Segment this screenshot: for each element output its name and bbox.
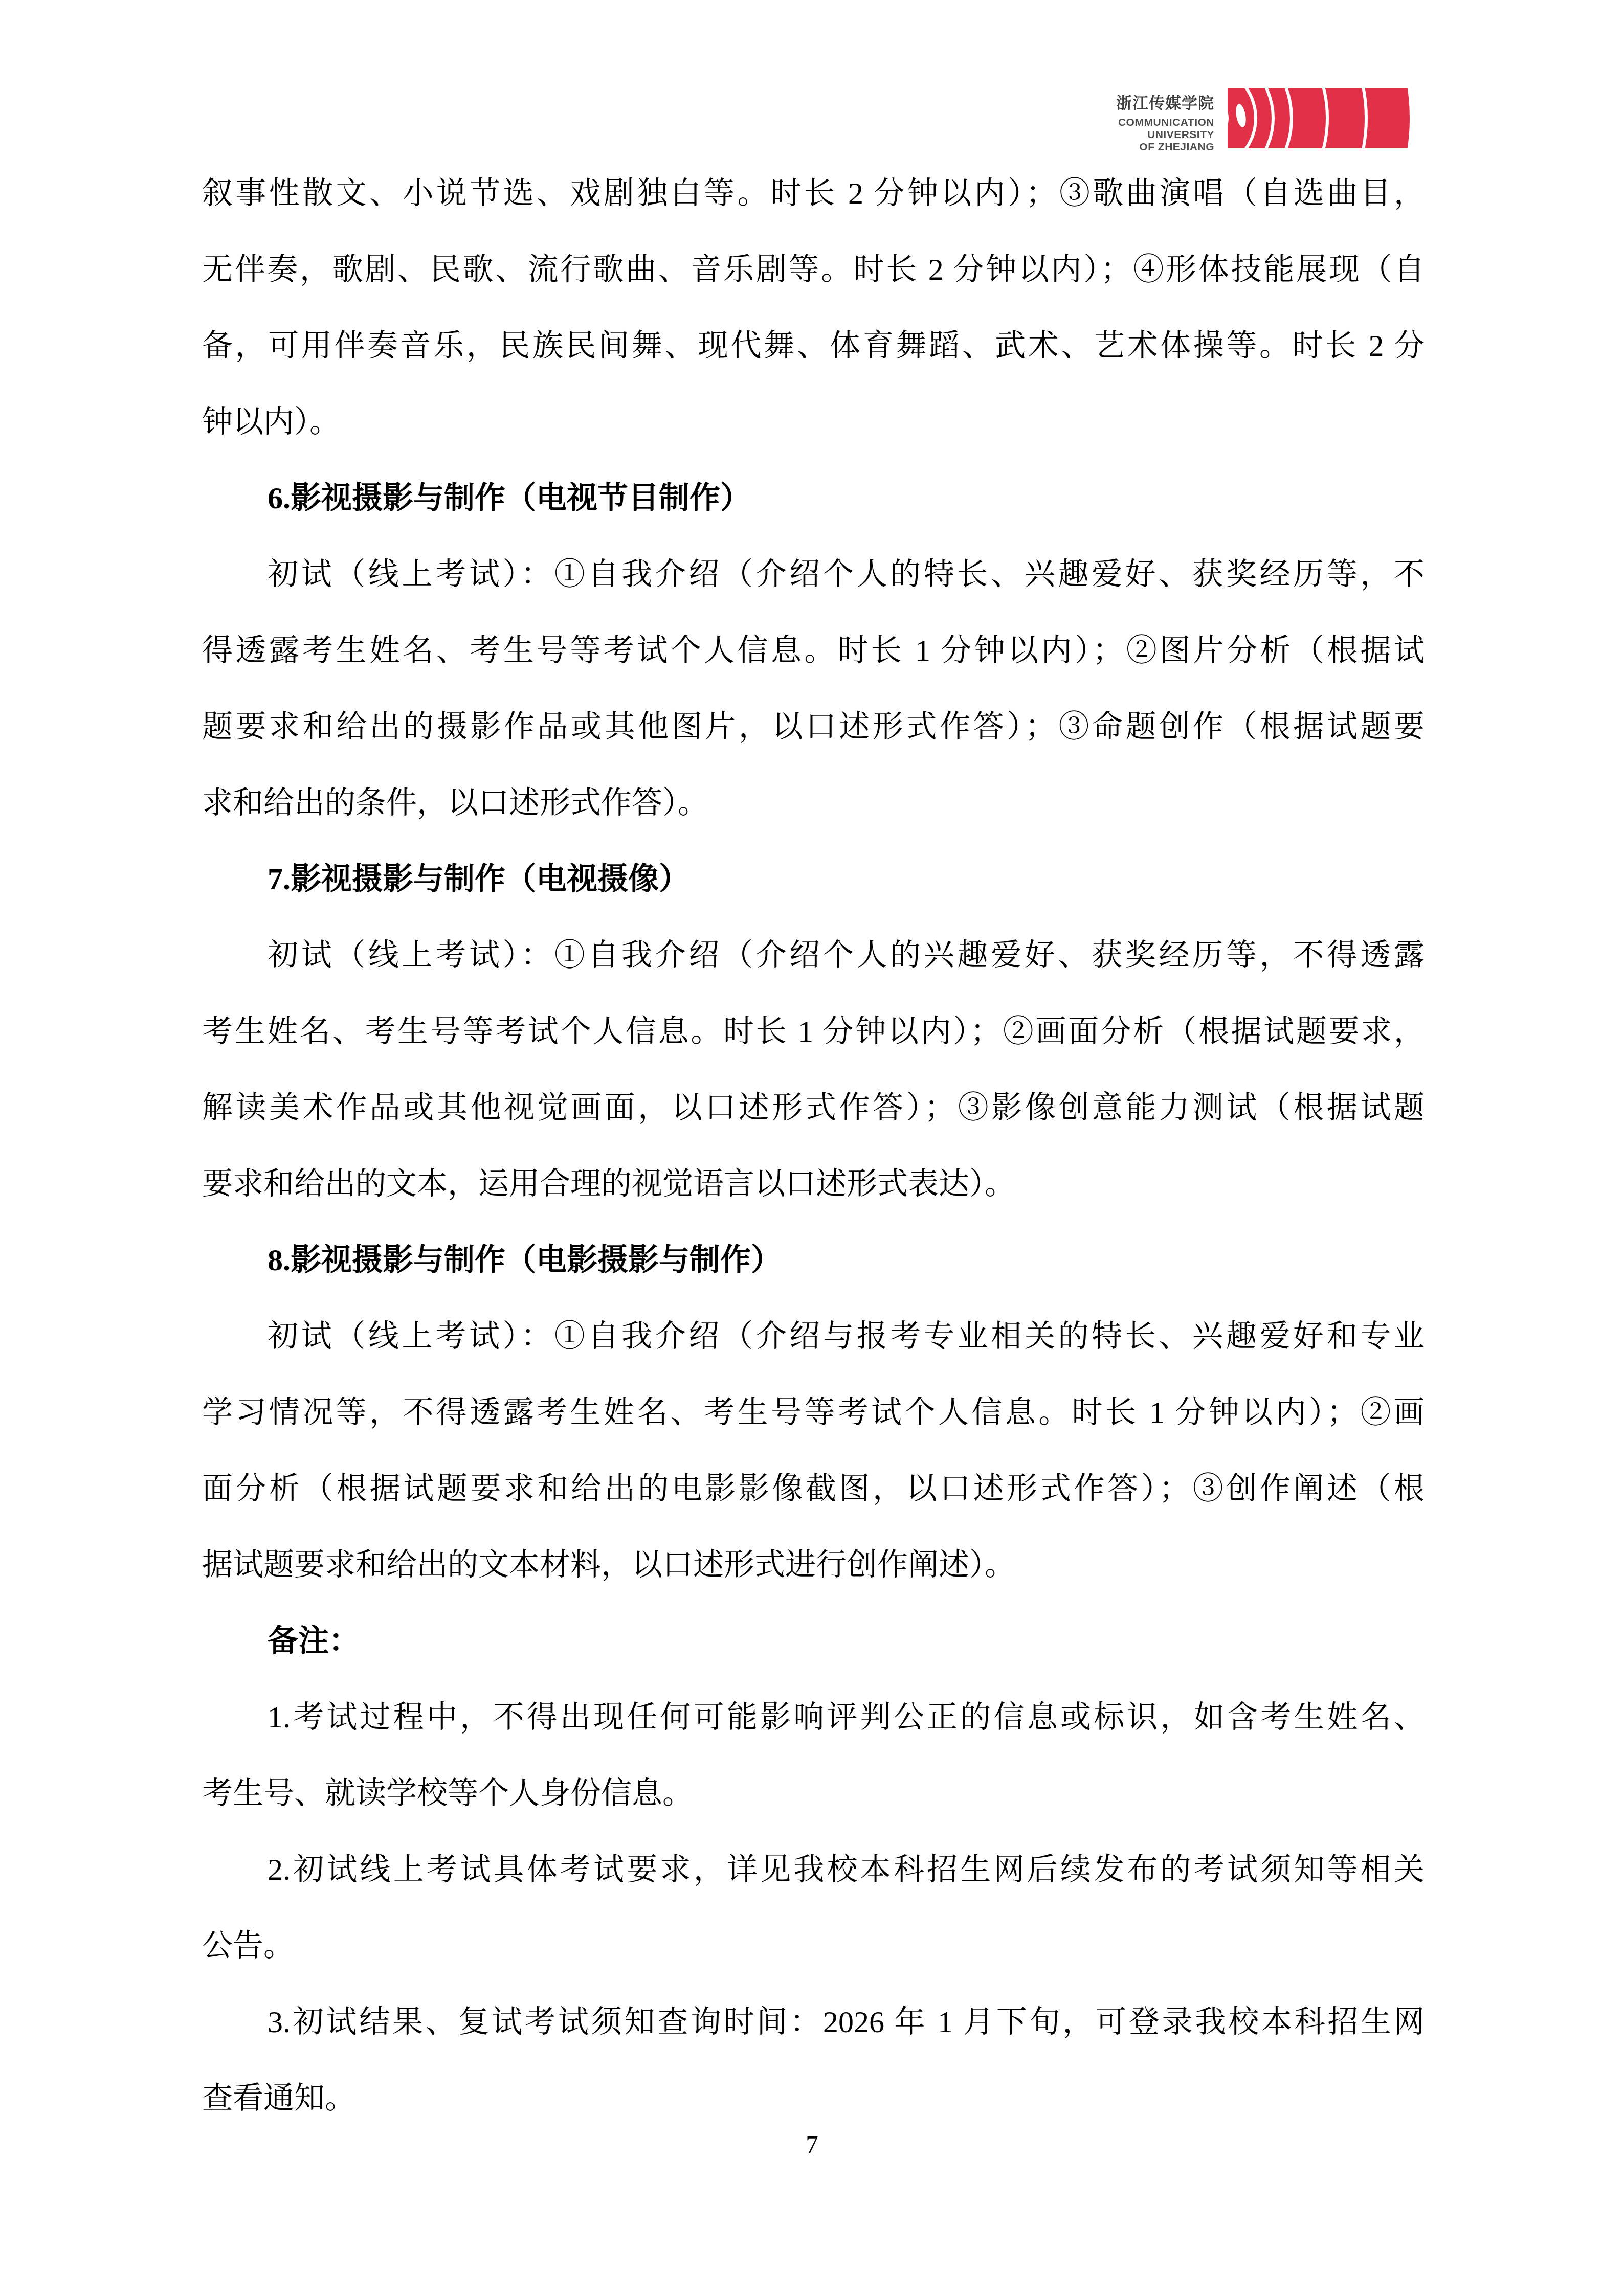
text-line: 无伴奏，歌剧、民歌、流行歌曲、音乐剧等。时长 2 分钟以内）；④形体技能展现（自 — [202, 232, 1425, 308]
logo-english-line: OF ZHEJIANG — [1116, 141, 1214, 153]
text-line: 公告。 — [202, 1908, 1425, 1984]
text-line: 考生号、就读学校等个人身份信息。 — [202, 1755, 1425, 1832]
text-line: 备，可用伴奏音乐，民族民间舞、现代舞、体育舞蹈、武术、艺术体操等。时长 2 分 — [202, 308, 1425, 384]
logo-english-line: UNIVERSITY — [1116, 129, 1214, 141]
text-line: 查看通知。 — [202, 2060, 1425, 2136]
text-line: 面分析（根据试题要求和给出的电影影像截图，以口述形式作答）；③创作阐述（根 — [202, 1451, 1425, 1527]
text-line: 钟以内）。 — [202, 384, 1425, 460]
heading-line: 7.影视摄影与制作（电视摄像） — [202, 841, 1425, 917]
text-line: 叙事性散文、小说节选、戏剧独白等。时长 2 分钟以内）；③歌曲演唱（自选曲目， — [202, 155, 1425, 232]
text-line: 初试（线上考试）：①自我介绍（介绍个人的特长、兴趣爱好、获奖经历等，不 — [202, 536, 1425, 613]
text-line: 初试（线上考试）：①自我介绍（介绍与报考专业相关的特长、兴趣爱好和专业 — [202, 1298, 1425, 1375]
text-line: 得透露考生姓名、考生号等考试个人信息。时长 1 分钟以内）；②图片分析（根据试 — [202, 613, 1425, 689]
logo-english-line: COMMUNICATION — [1116, 117, 1214, 129]
text-line: 考生姓名、考生号等考试个人信息。时长 1 分钟以内）；②画面分析（根据试题要求， — [202, 994, 1425, 1070]
heading-line: 8.影视摄影与制作（电影摄影与制作） — [202, 1222, 1425, 1298]
logo-text-block: 浙江传媒学院 COMMUNICATION UNIVERSITY OF ZHEJI… — [1116, 87, 1214, 153]
soundwave-logo-icon — [1227, 87, 1411, 149]
text-line: 1.考试过程中，不得出现任何可能影响评判公正的信息或标识，如含考生姓名、 — [202, 1679, 1425, 1755]
heading-line: 6.影视摄影与制作（电视节目制作） — [202, 460, 1425, 536]
heading-line: 备注： — [202, 1603, 1425, 1679]
text-line: 解读美术作品或其他视觉画面，以口述形式作答）；③影像创意能力测试（根据试题 — [202, 1070, 1425, 1146]
text-line: 求和给出的条件，以口述形式作答）。 — [202, 765, 1425, 841]
text-line: 据试题要求和给出的文本材料，以口述形式进行创作阐述）。 — [202, 1527, 1425, 1603]
text-line: 题要求和给出的摄影作品或其他图片，以口述形式作答）；③命题创作（根据试题要 — [202, 689, 1425, 765]
text-line: 要求和给出的文本，运用合理的视觉语言以口述形式表达）。 — [202, 1146, 1425, 1222]
university-name-english: COMMUNICATION UNIVERSITY OF ZHEJIANG — [1116, 117, 1214, 153]
university-logo: 浙江传媒学院 COMMUNICATION UNIVERSITY OF ZHEJI… — [1116, 87, 1411, 153]
text-line: 2.初试线上考试具体考试要求，详见我校本科招生网后续发布的考试须知等相关 — [202, 1832, 1425, 1908]
text-line: 初试（线上考试）：①自我介绍（介绍个人的兴趣爱好、获奖经历等，不得透露 — [202, 917, 1425, 994]
document-text: 叙事性散文、小说节选、戏剧独白等。时长 2 分钟以内）；③歌曲演唱（自选曲目，无… — [202, 155, 1425, 2136]
text-line: 3.初试结果、复试考试须知查询时间：2026 年 1 月下旬，可登录我校本科招生… — [202, 1984, 1425, 2060]
page-number: 7 — [0, 2130, 1624, 2159]
university-name-chinese: 浙江传媒学院 — [1116, 90, 1214, 113]
text-line: 学习情况等，不得透露考生姓名、考生号等考试个人信息。时长 1 分钟以内）；②画 — [202, 1375, 1425, 1451]
